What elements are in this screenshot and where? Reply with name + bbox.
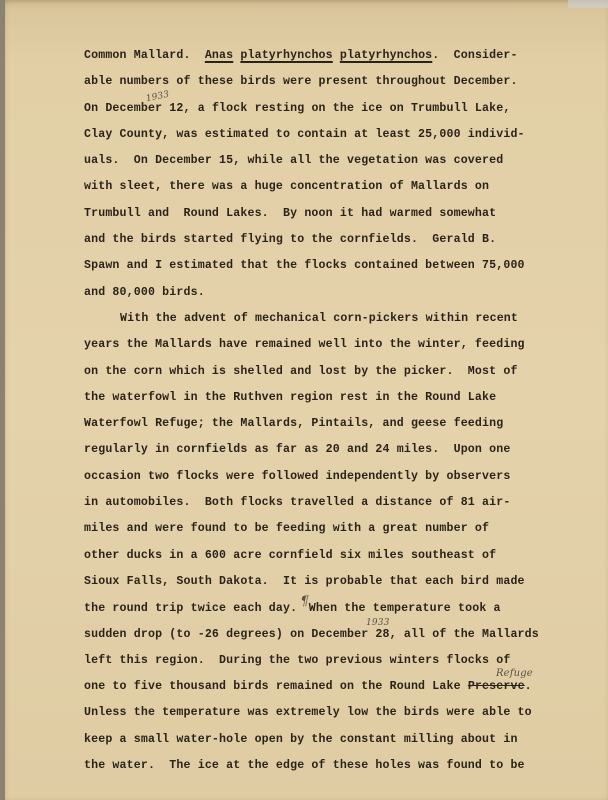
text-line: with sleet, there was a huge concentrati… xyxy=(84,174,584,200)
text-span: Common Mallard. xyxy=(84,49,205,62)
text-line: sudden drop (to -26 degrees) on December… xyxy=(84,622,584,648)
text-line: Spawn and I estimated that the flocks co… xyxy=(84,253,584,279)
text-line: and 80,000 birds. xyxy=(84,280,584,306)
text-span: sudden drop (to -26 degrees) on December… xyxy=(84,628,390,641)
text-line: miles and were found to be feeding with … xyxy=(84,516,584,542)
species-name: platyrhynchos xyxy=(240,49,332,62)
subspecies-name: platyrhynchos xyxy=(340,49,432,62)
text-span: , all of the Mallards xyxy=(390,628,539,641)
typewritten-page: Common Mallard. Anas platyrhynchos platy… xyxy=(0,0,608,800)
typed-body-text: Common Mallard. Anas platyrhynchos platy… xyxy=(84,43,584,779)
page-left-edge xyxy=(0,0,5,800)
text-line: and the birds started flying to the corn… xyxy=(84,227,584,253)
text-line: the water. The ice at the edge of these … xyxy=(84,753,584,779)
text-line: Waterfowl Refuge; the Mallards, Pintails… xyxy=(84,411,584,437)
handwritten-year-annotation: 1933 xyxy=(366,610,390,636)
handwritten-replacement-word: Refuge xyxy=(496,661,533,687)
page-corner xyxy=(568,0,608,8)
text-line: in automobiles. Both flocks travelled a … xyxy=(84,490,584,516)
text-line: other ducks in a 600 acre cornfield six … xyxy=(84,543,584,569)
paragraph-start-line: With the advent of mechanical corn-picke… xyxy=(84,306,584,332)
text-line: Trumbull and Round Lakes. By noon it had… xyxy=(84,201,584,227)
text-line: the waterfowl in the Ruthven region rest… xyxy=(84,385,584,411)
text-line: on the corn which is shelled and lost by… xyxy=(84,359,584,385)
text-span: , a flock resting on the ice on Trumbull… xyxy=(184,102,511,115)
text-line: regularly in cornfields as far as 20 and… xyxy=(84,437,584,463)
text-line: the round trip twice each day. ¶When the… xyxy=(84,595,584,621)
text-line: Unless the temperature was extremely low… xyxy=(84,700,584,726)
text-span xyxy=(333,49,340,62)
text-line: keep a small water-hole open by the cons… xyxy=(84,727,584,753)
text-line: years the Mallards have remained well in… xyxy=(84,332,584,358)
text-span: When the temperature took a xyxy=(309,602,501,615)
text-line: Common Mallard. Anas platyrhynchos platy… xyxy=(84,43,584,69)
text-span: one to five thousand birds remained on t… xyxy=(84,680,468,693)
text-line: uals. On December 15, while all the vege… xyxy=(84,148,584,174)
genus-name: Anas xyxy=(205,49,233,62)
text-span: . Consider- xyxy=(432,49,517,62)
text-line: one to five thousand birds remained on t… xyxy=(84,674,584,700)
text-line: Clay County, was estimated to contain at… xyxy=(84,122,584,148)
text-line: occasion two flocks were followed indepe… xyxy=(84,464,584,490)
text-span: the round trip twice each day. xyxy=(84,602,304,615)
text-line: Sioux Falls, South Dakota. It is probabl… xyxy=(84,569,584,595)
handwritten-paragraph-mark: ¶ xyxy=(300,594,308,609)
text-line: On December 121933, a flock resting on t… xyxy=(84,96,584,122)
